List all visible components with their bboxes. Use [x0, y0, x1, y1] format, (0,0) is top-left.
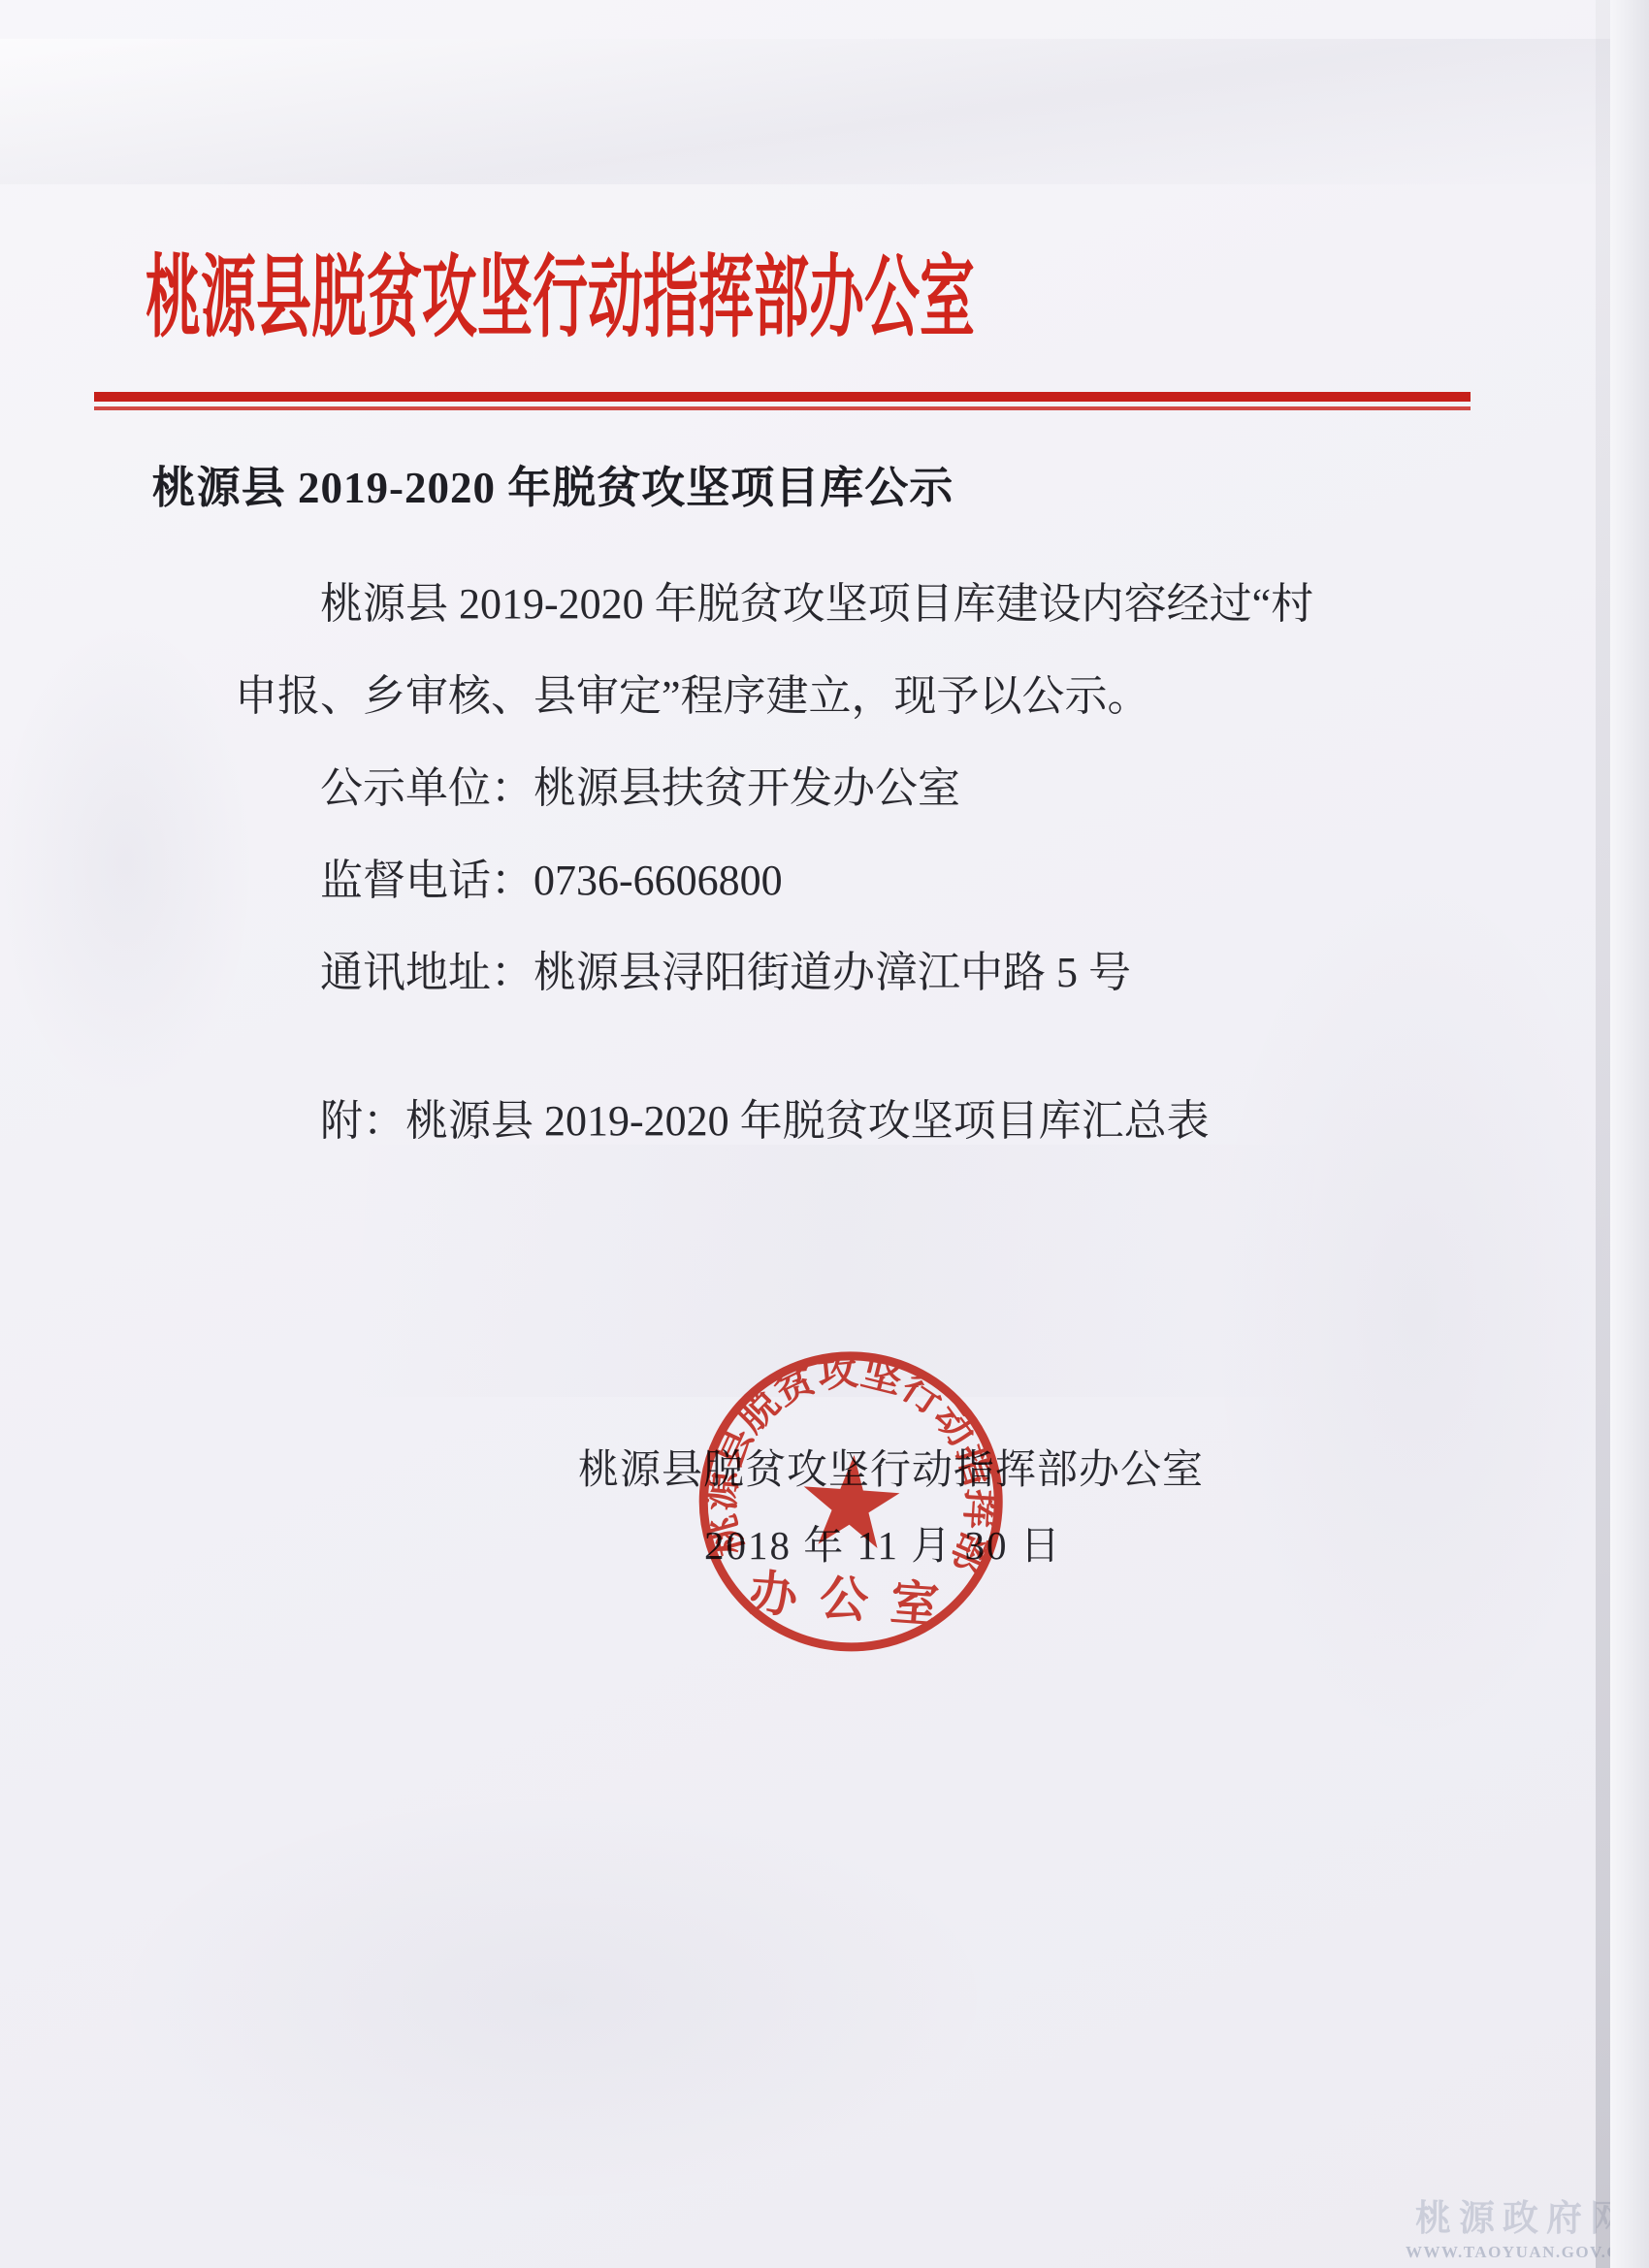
paragraph-line-1: 桃源县 2019-2020 年脱贫攻坚项目库建设内容经过“村: [235, 558, 1496, 650]
letterhead-rule-thin: [94, 406, 1471, 410]
paper-crease: [116, 1795, 989, 2202]
paper-crease: [0, 621, 252, 1106]
letterhead-title: 桃源县脱贫攻坚行动指挥部办公室: [145, 226, 968, 355]
official-seal: 桃源县脱贫攻坚行动指挥部 办公室: [680, 1336, 1025, 1674]
scanner-edge-band: [1610, 0, 1649, 2268]
red-star-icon: [800, 1452, 902, 1550]
document-body: 桃源县 2019-2020 年脱贫攻坚项目库建设内容经过“村 申报、乡审核、县审…: [235, 558, 1496, 1167]
scanned-document-page: 桃源县脱贫攻坚行动指挥部办公室 桃源县 2019-2020 年脱贫攻坚项目库公示…: [0, 0, 1649, 2268]
letterhead-rule-thick: [94, 392, 1471, 402]
supervision-phone-line: 监督电话：0736-6606800: [235, 834, 1496, 926]
paragraph-line-2: 申报、乡审核、县审定”程序建立，现予以公示。: [235, 650, 1496, 742]
paper-edge-seam: [1596, 0, 1610, 2268]
mailing-address-line: 通讯地址：桃源县浔阳街道办漳江中路 5 号: [235, 926, 1496, 1019]
document-title: 桃源县 2019-2020 年脱贫攻坚项目库公示: [116, 452, 989, 515]
publisher-line: 公示单位：桃源县扶贫开发办公室: [235, 742, 1496, 834]
paper-crease: [0, 39, 1649, 184]
attachment-line: 附：桃源县 2019-2020 年脱贫攻坚项目库汇总表: [235, 1075, 1496, 1167]
